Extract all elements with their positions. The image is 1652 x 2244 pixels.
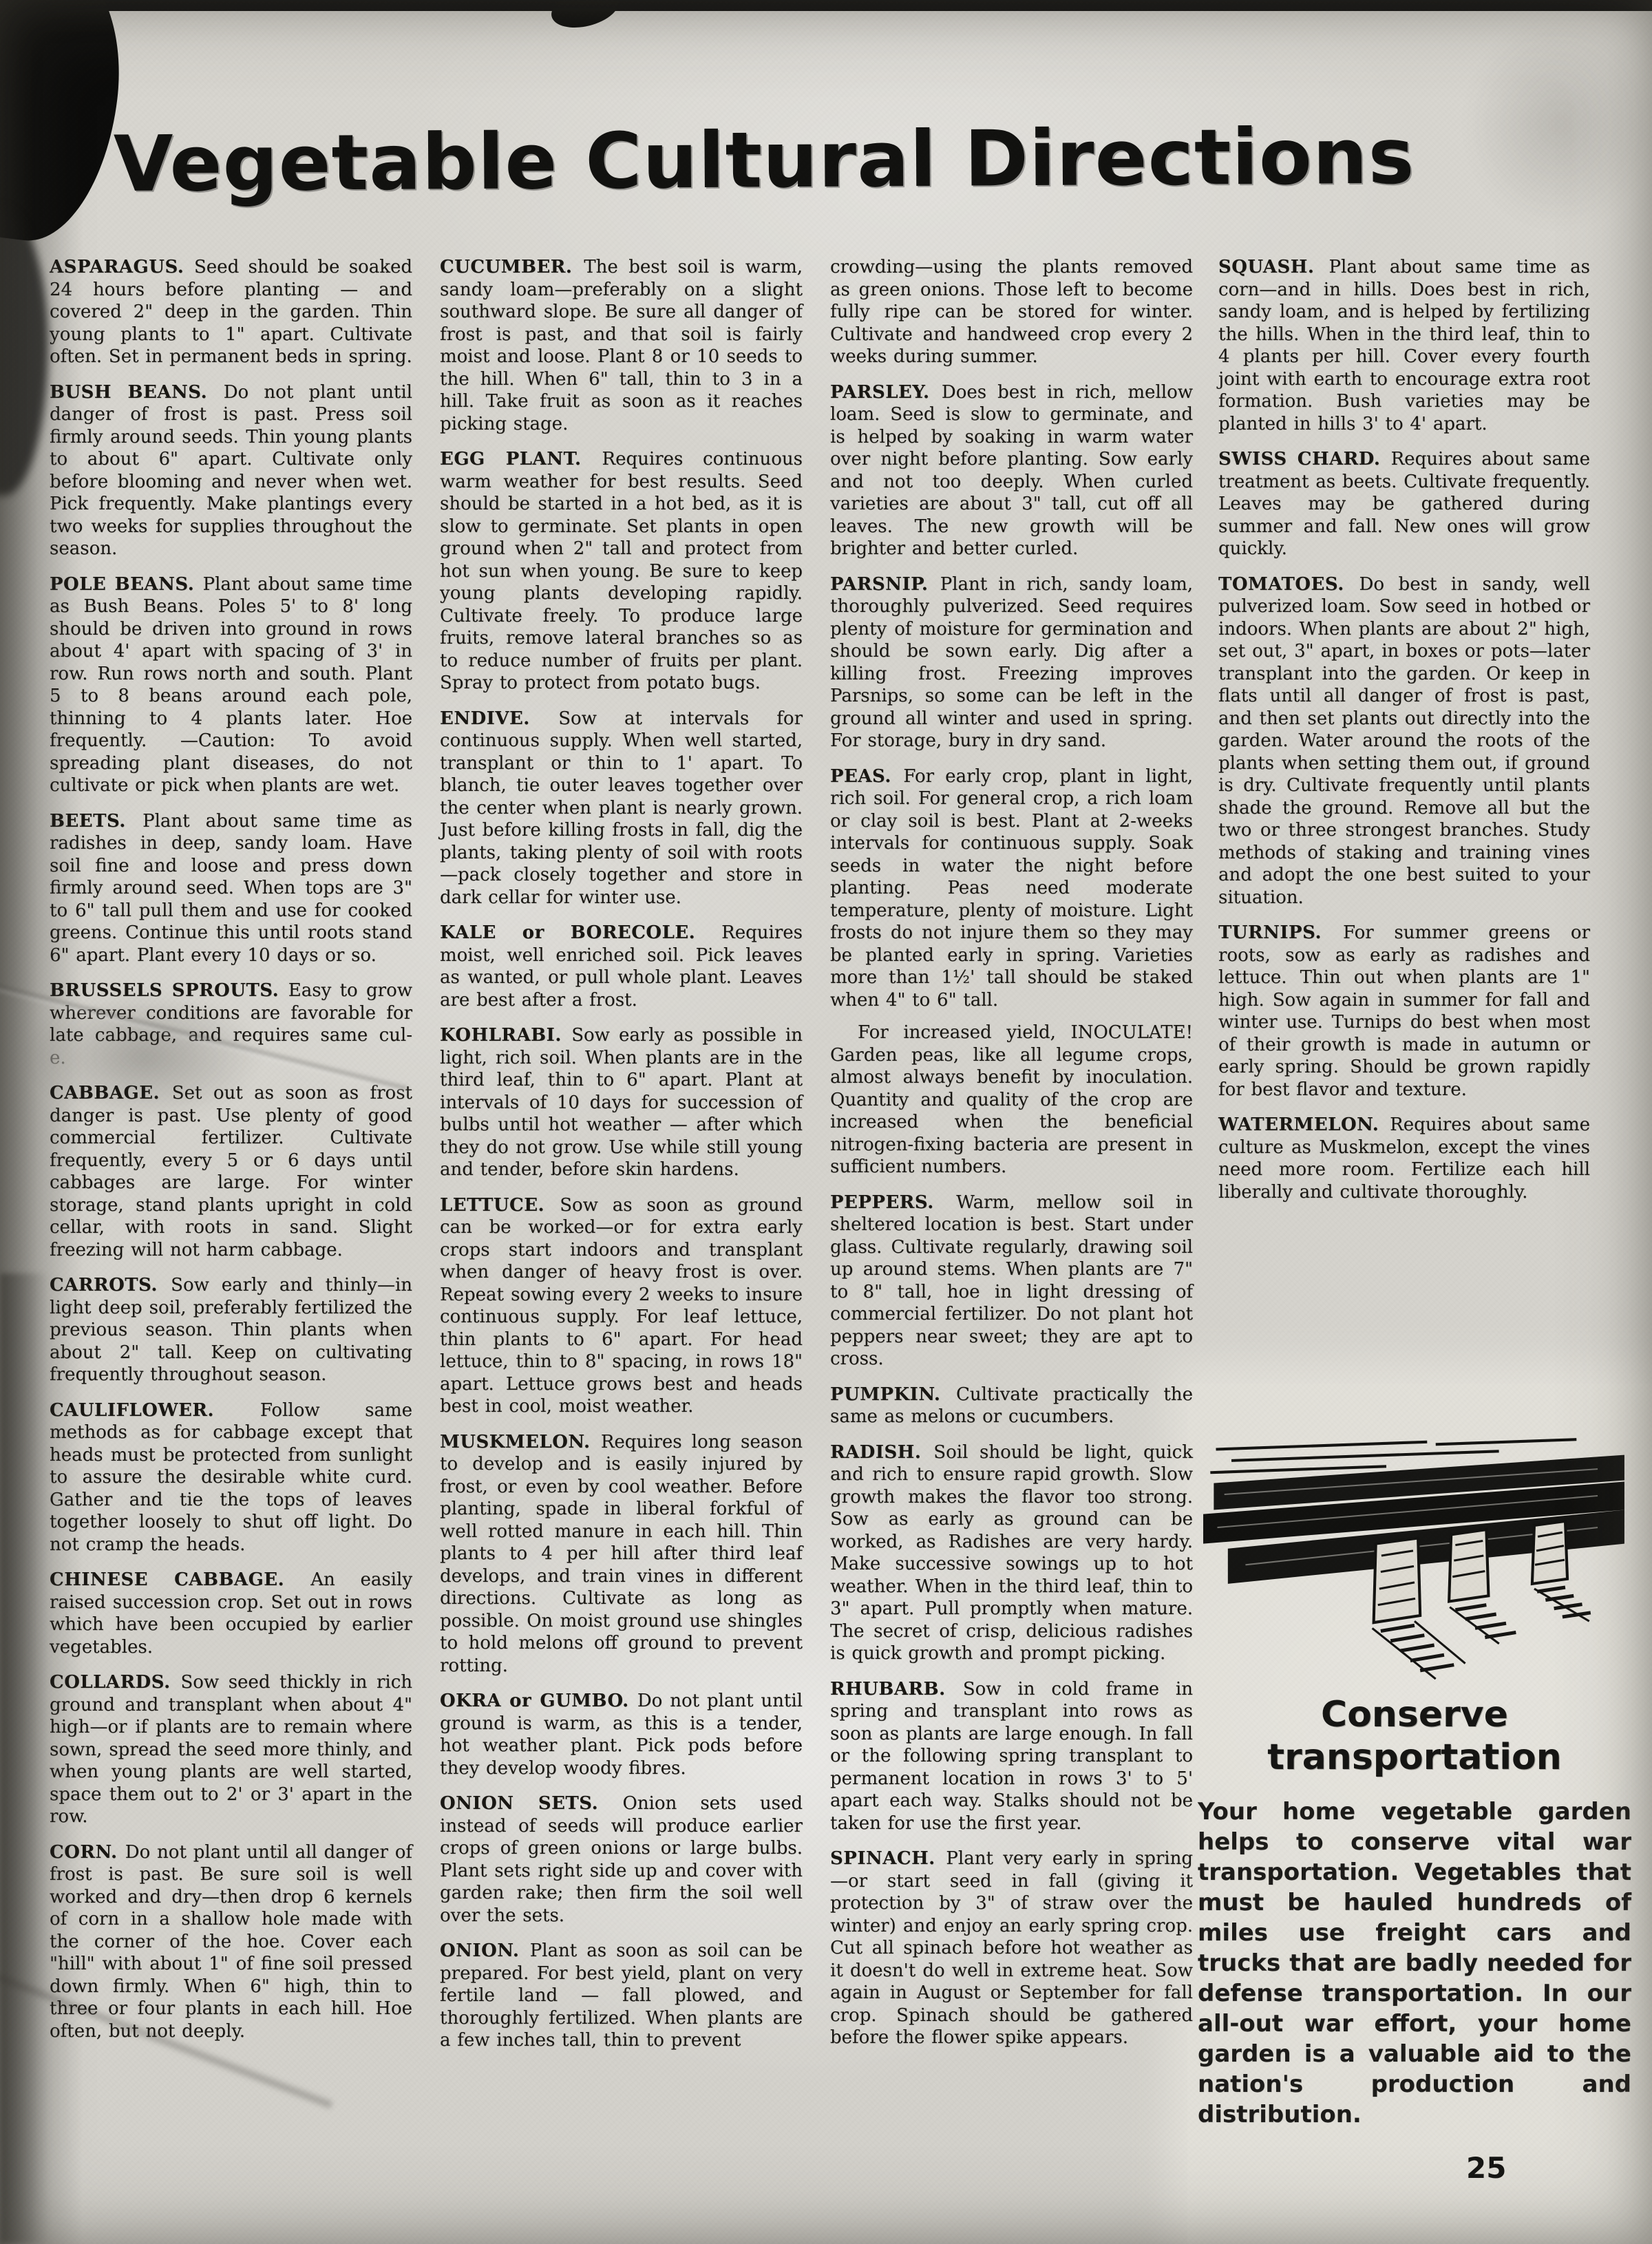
text-column-1: ASPARAGUS. Seed should be soaked 24 hour… [50, 256, 412, 2055]
conserve-heading: Conserve transportation [1198, 1693, 1631, 1779]
page-number: 25 [1466, 2151, 1506, 2185]
vegetable-entry: ONION. Plant as soon as soil can be prep… [440, 1940, 803, 2052]
vegetable-entry: WATERMELON. Requires about same culture … [1218, 1114, 1590, 1203]
vegetable-entry: MUSKMELON. Requires long season to devel… [440, 1431, 803, 1677]
scan-shadow-left-lower [0, 1273, 62, 2244]
vegetable-entry: PARSLEY. Does best in rich, mellow loam.… [830, 381, 1193, 560]
paper-smudge [28, 991, 262, 1122]
vegetable-entry: ASPARAGUS. Seed should be soaked 24 hour… [50, 256, 412, 368]
vegetable-term: MUSKMELON. [440, 1432, 601, 1452]
vegetable-term: TOMATOES. [1218, 574, 1359, 595]
vegetable-entry: SWISS CHARD. Requires about same treatme… [1218, 448, 1590, 560]
text-column-4: SQUASH. Plant about same time as corn—an… [1218, 256, 1590, 1216]
vegetable-entry: KOHLRABI. Sow early as possible in light… [440, 1024, 803, 1181]
vegetable-term: PEPPERS. [830, 1192, 956, 1213]
vegetable-entry: POLE BEANS. Plant about same time as Bus… [50, 573, 412, 797]
vegetable-term: SQUASH. [1218, 257, 1329, 277]
vegetable-entry-extra: For increased yield, INOCULATE! Garden p… [830, 1022, 1193, 1178]
freight-trains-illustration [1198, 1404, 1631, 1707]
vegetable-term: RHUBARB. [830, 1679, 963, 1700]
conserve-heading-line2: transportation [1267, 1737, 1562, 1778]
vegetable-entry: RHUBARB. Sow in cold frame in spring and… [830, 1678, 1193, 1835]
text-column-3: crowding—using the plants removed as gre… [830, 256, 1193, 2062]
vegetable-entry: CHINESE CABBAGE. An easily raised succes… [50, 1569, 412, 1658]
scan-edge-top [0, 0, 1652, 11]
vegetable-entry: crowding—using the plants removed as gre… [830, 256, 1193, 368]
conserve-heading-line1: Conserve [1321, 1694, 1508, 1735]
vegetable-entry: EGG PLANT. Requires continuous warm weat… [440, 448, 803, 695]
vegetable-entry: SPINACH. Plant very early in spring —or … [830, 1848, 1193, 2049]
vegetable-term: CUCUMBER. [440, 257, 584, 277]
catalog-page: Vegetable Cultural Directions ASPARAGUS.… [0, 0, 1652, 2244]
vegetable-term: ENDIVE. [440, 708, 558, 729]
vegetable-entry: TOMATOES. Do best in sandy, well pulveri… [1218, 573, 1590, 909]
vegetable-entry: LETTUCE. Sow as soon as ground can be wo… [440, 1194, 803, 1418]
scan-blot-top [547, 0, 623, 34]
text-column-2: CUCUMBER. The best soil is warm, sandy l… [440, 256, 803, 2065]
vegetable-term: PARSLEY. [830, 382, 942, 403]
vegetable-term: CHINESE CABBAGE. [50, 1569, 310, 1590]
page-title: Vegetable Cultural Directions [114, 112, 1498, 209]
vegetable-term: TURNIPS. [1218, 922, 1343, 943]
vegetable-entry: COLLARDS. Sow seed thickly in rich groun… [50, 1671, 412, 1828]
vegetable-term: PEAS. [830, 766, 903, 787]
vegetable-term: WATERMELON. [1218, 1114, 1390, 1135]
vegetable-term: PARSNIP. [830, 574, 940, 595]
vegetable-term: ONION. [440, 1940, 530, 1961]
vegetable-term: EGG PLANT. [440, 449, 602, 469]
vegetable-entry: PUMPKIN. Cultivate practically the same … [830, 1384, 1193, 1428]
vegetable-term: SWISS CHARD. [1218, 449, 1391, 469]
vegetable-entry: ONION SETS. Onion sets used instead of s… [440, 1792, 803, 1927]
vegetable-term: PUMPKIN. [830, 1384, 956, 1405]
vegetable-term: RADISH. [830, 1442, 933, 1463]
vegetable-entry: SQUASH. Plant about same time as corn—an… [1218, 256, 1590, 435]
vegetable-entry: TURNIPS. For summer greens or roots, sow… [1218, 922, 1590, 1101]
vegetable-entry: BUSH BEANS. Do not plant until danger of… [50, 381, 412, 560]
vegetable-term: KALE or BORECOLE. [440, 922, 721, 943]
vegetable-term: LETTUCE. [440, 1195, 560, 1216]
conserve-transportation-panel: Conserve transportation Your home vegeta… [1198, 1404, 1631, 2130]
conserve-body-text: Your home vegetable garden helps to cons… [1198, 1797, 1631, 2130]
vegetable-entry: KALE or BORECOLE. Requires moist, well e… [440, 922, 803, 1011]
vegetable-term: SPINACH. [830, 1848, 946, 1869]
vegetable-term: OKRA or GUMBO. [440, 1691, 637, 1711]
vegetable-entry: OKRA or GUMBO. Do not plant until ground… [440, 1690, 803, 1779]
vegetable-entry: CUCUMBER. The best soil is warm, sandy l… [440, 256, 803, 435]
vegetable-entry: PEAS. For early crop, plant in light, ri… [830, 765, 1193, 1012]
vegetable-entry: CAULIFLOWER. Follow same methods as for … [50, 1399, 412, 1556]
vegetable-entry: PARSNIP. Plant in rich, sandy loam, thor… [830, 573, 1193, 752]
vegetable-entry: CARROTS. Sow early and thinly—in light d… [50, 1274, 412, 1386]
vegetable-term: KOHLRABI. [440, 1025, 571, 1046]
vegetable-entry: RADISH. Soil should be light, quick and … [830, 1441, 1193, 1665]
vegetable-term: ONION SETS. [440, 1793, 623, 1814]
paper-stain-top-right [1466, 21, 1652, 227]
vegetable-entry: ENDIVE. Sow at intervals for continuous … [440, 708, 803, 909]
vegetable-entry: BEETS. Plant about same time as radishes… [50, 810, 412, 967]
vegetable-entry: PEPPERS. Warm, mellow soil in sheltered … [830, 1192, 1193, 1370]
